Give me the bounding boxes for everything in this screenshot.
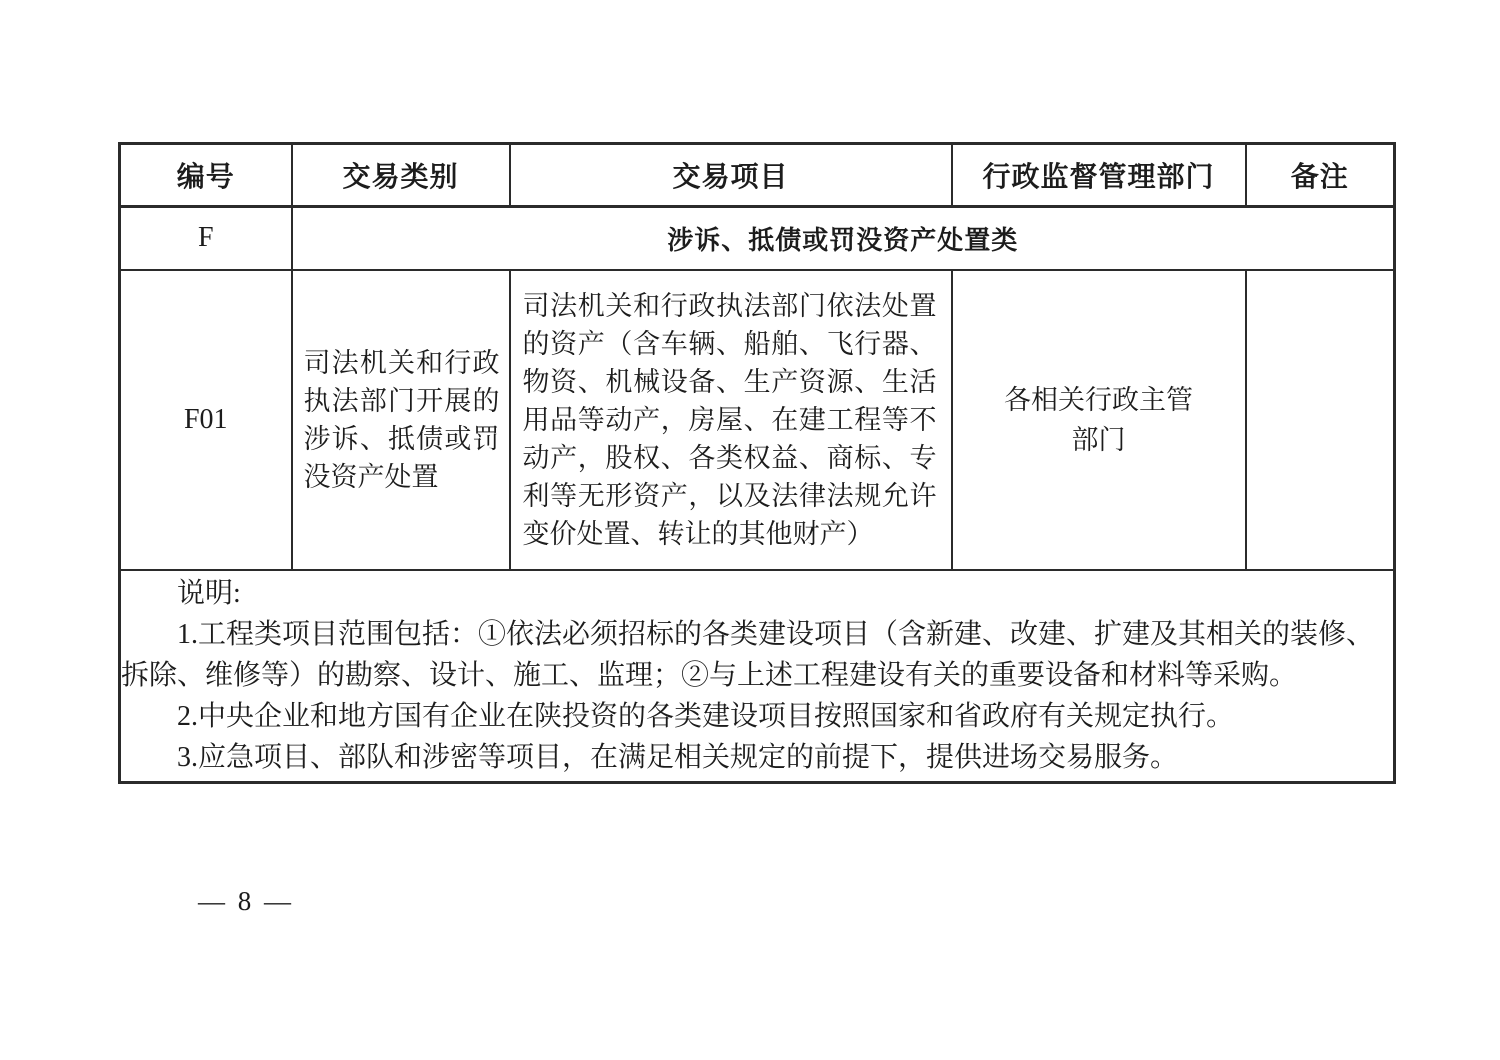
- item-category-text: 司法机关和行政执法部门开展的涉诉、抵债或罚没资产处置: [304, 344, 500, 496]
- table-row-item-f01: F01 司法机关和行政执法部门开展的涉诉、抵债或罚没资产处置 司法机关和行政执法…: [120, 270, 1395, 570]
- column-header-project: 交易项目: [510, 144, 952, 207]
- note-item-1-line-1: 1.工程类项目范围包括：①依法必须招标的各类建设项目（含新建、改建、扩建及其相关…: [121, 614, 1393, 655]
- item-code: F01: [120, 270, 292, 570]
- column-header-code: 编号: [120, 144, 292, 207]
- item-project-cell: 司法机关和行政执法部门依法处置的资产（含车辆、船舶、飞行器、物资、机械设备、生产…: [510, 270, 952, 570]
- item-project-text: 司法机关和行政执法部门依法处置的资产（含车辆、船舶、飞行器、物资、机械设备、生产…: [523, 287, 937, 553]
- note-item-3: 3.应急项目、部队和涉密等项目，在满足相关规定的前提下，提供进场交易服务。: [121, 737, 1393, 778]
- item-remark-cell: [1246, 270, 1395, 570]
- note-item-2: 2.中央企业和地方国有企业在陕投资的各类建设项目按照国家和省政府有关规定执行。: [121, 696, 1393, 737]
- note-item-1-line-2: 拆除、维修等）的勘察、设计、施工、监理；②与上述工程建设有关的重要设备和材料等采…: [121, 655, 1393, 696]
- page-number: — 8 —: [198, 886, 294, 917]
- table-row-notes: 说明: 1.工程类项目范围包括：①依法必须招标的各类建设项目（含新建、改建、扩建…: [120, 570, 1395, 783]
- document-page: 编号 交易类别 交易项目 行政监督管理部门 备注 F 涉诉、抵债或罚没资产处置类…: [0, 0, 1500, 1060]
- column-header-category: 交易类别: [292, 144, 510, 207]
- item-category-cell: 司法机关和行政执法部门开展的涉诉、抵债或罚没资产处置: [292, 270, 510, 570]
- notes-title: 说明:: [121, 573, 1393, 614]
- category-label: 涉诉、抵债或罚没资产处置类: [292, 207, 1395, 270]
- transaction-category-table: 编号 交易类别 交易项目 行政监督管理部门 备注 F 涉诉、抵债或罚没资产处置类…: [118, 142, 1396, 784]
- table-row-category-f: F 涉诉、抵债或罚没资产处置类: [120, 207, 1395, 270]
- item-department-cell: 各相关行政主管部门: [952, 270, 1246, 570]
- column-header-remark: 备注: [1246, 144, 1395, 207]
- item-department-text: 各相关行政主管部门: [999, 380, 1199, 460]
- column-header-department: 行政监督管理部门: [952, 144, 1246, 207]
- category-code: F: [120, 207, 292, 270]
- table-header-row: 编号 交易类别 交易项目 行政监督管理部门 备注: [120, 144, 1395, 207]
- notes-cell: 说明: 1.工程类项目范围包括：①依法必须招标的各类建设项目（含新建、改建、扩建…: [120, 570, 1395, 783]
